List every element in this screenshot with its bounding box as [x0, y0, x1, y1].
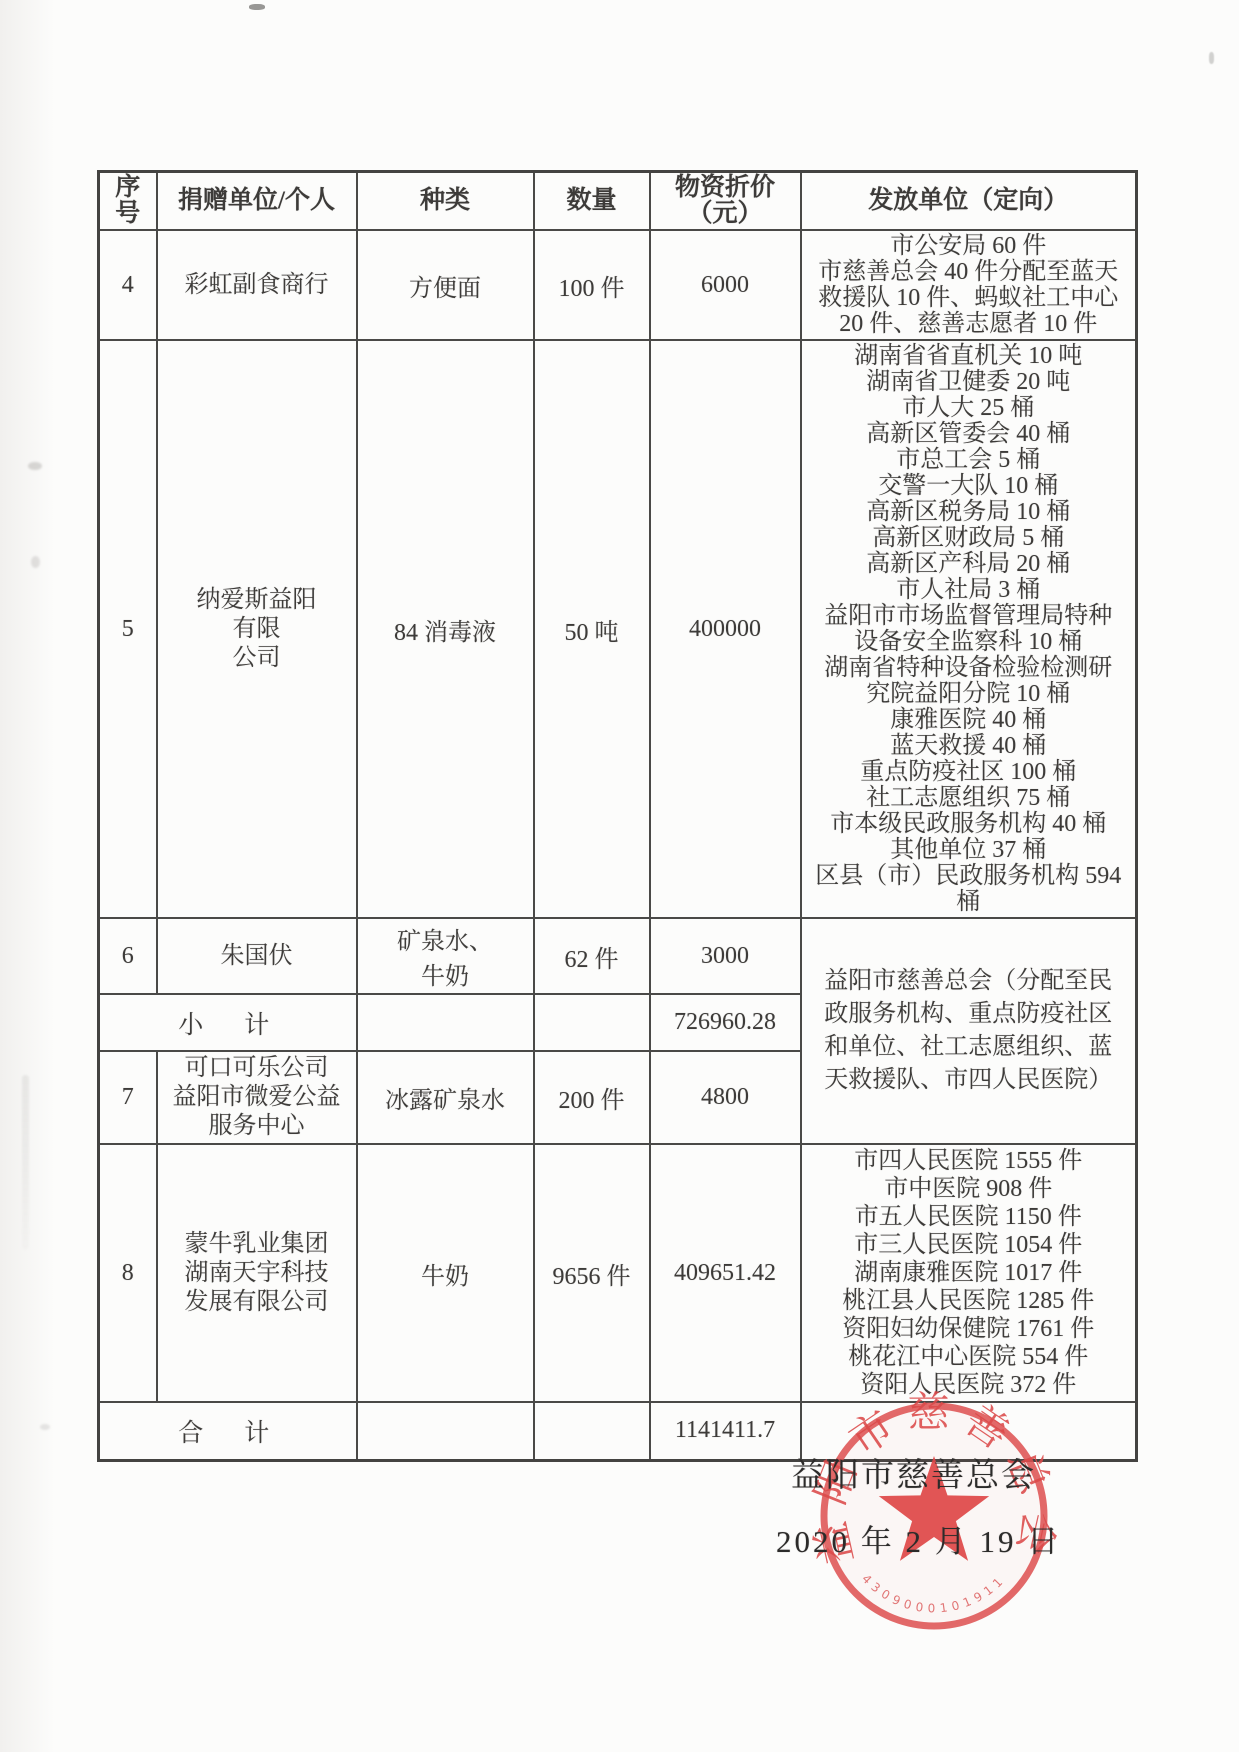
header-category: 种类	[357, 172, 534, 231]
table-row: 6 朱国伏 矿泉水、 牛奶 62 件 3000 益阳市慈善总会（分配至民 政服务…	[99, 918, 1137, 994]
header-distribution: 发放单位（定向）	[801, 172, 1137, 231]
cell-value: 400000	[650, 340, 801, 918]
cell-distribution: 市公安局 60 件 市慈善总会 40 件分配至蓝天 救援队 10 件、蚂蚁社工中…	[801, 230, 1137, 340]
cell-donor: 蒙牛乳业集团 湖南天宇科技 发展有限公司	[157, 1144, 357, 1402]
subtotal-label: 小 计	[99, 994, 357, 1051]
cell-value: 3000	[650, 918, 801, 994]
header-quantity: 数量	[534, 172, 650, 231]
cell-category-empty	[357, 1402, 534, 1460]
cell-donor: 彩虹副食商行	[157, 230, 357, 340]
cell-category: 牛奶	[357, 1144, 534, 1402]
cell-category-empty	[357, 994, 534, 1051]
cell-no: 7	[99, 1051, 157, 1144]
scan-smudge	[28, 462, 42, 470]
cell-quantity: 50 吨	[534, 340, 650, 918]
cell-category: 冰露矿泉水	[357, 1051, 534, 1144]
scan-page-edge-shading	[0, 0, 60, 1752]
cell-distribution-merged: 益阳市慈善总会（分配至民 政服务机构、重点防疫社区 和单位、社工志愿组织、蓝 天…	[801, 918, 1137, 1144]
header-donor: 捐赠单位/个人	[157, 172, 357, 231]
cell-quantity-empty	[534, 1402, 650, 1460]
donation-table-container: 序 号 捐赠单位/个人 种类 数量 物资折价 （元） 发放单位（定向） 4 彩虹…	[97, 170, 1135, 1462]
cell-category: 84 消毒液	[357, 340, 534, 918]
cell-category: 矿泉水、 牛奶	[357, 918, 534, 994]
cell-no: 6	[99, 918, 157, 994]
cell-distribution: 湖南省省直机关 10 吨 湖南省卫健委 20 吨 市人大 25 桶 高新区管委会…	[801, 340, 1137, 918]
cell-no: 4	[99, 230, 157, 340]
scan-smudge	[31, 556, 40, 568]
cell-value: 409651.42	[650, 1144, 801, 1402]
cell-donor: 朱国伏	[157, 918, 357, 994]
table-header-row: 序 号 捐赠单位/个人 种类 数量 物资折价 （元） 发放单位（定向）	[99, 172, 1137, 231]
cell-quantity: 9656 件	[534, 1144, 650, 1402]
header-no: 序 号	[99, 172, 157, 231]
cell-value: 4800	[650, 1051, 801, 1144]
header-value: 物资折价 （元）	[650, 172, 801, 231]
cell-donor: 纳爱斯益阳 有限 公司	[157, 340, 357, 918]
cell-no: 8	[99, 1144, 157, 1402]
total-value: 1141411.7	[650, 1402, 801, 1460]
total-label: 合 计	[99, 1402, 357, 1460]
cell-no: 5	[99, 340, 157, 918]
table-row: 8 蒙牛乳业集团 湖南天宇科技 发展有限公司 牛奶 9656 件 409651.…	[99, 1144, 1137, 1402]
donation-table: 序 号 捐赠单位/个人 种类 数量 物资折价 （元） 发放单位（定向） 4 彩虹…	[97, 170, 1138, 1462]
table-row: 5 纳爱斯益阳 有限 公司 84 消毒液 50 吨 400000 湖南省省直机关…	[99, 340, 1137, 918]
cell-distribution: 市四人民医院 1555 件 市中医院 908 件 市五人民医院 1150 件 市…	[801, 1144, 1137, 1402]
cell-quantity: 62 件	[534, 918, 650, 994]
scan-smudge	[22, 1075, 29, 1250]
table-row: 4 彩虹副食商行 方便面 100 件 6000 市公安局 60 件 市慈善总会 …	[99, 230, 1137, 340]
cell-quantity: 100 件	[534, 230, 650, 340]
organization-signature: 益阳市慈善总会	[791, 1449, 1036, 1496]
cell-category: 方便面	[357, 230, 534, 340]
scan-smudge	[40, 1424, 50, 1430]
cell-quantity-empty	[534, 994, 650, 1051]
signature-date: 2020 年 2 月 19 日	[776, 1516, 1061, 1561]
cell-value: 6000	[650, 230, 801, 340]
scan-smudge	[249, 4, 265, 10]
scan-smudge	[1209, 52, 1214, 64]
cell-quantity: 200 件	[534, 1051, 650, 1144]
subtotal-value: 726960.28	[650, 994, 801, 1051]
cell-donor: 可口可乐公司 益阳市微爱公益 服务中心	[157, 1051, 357, 1144]
